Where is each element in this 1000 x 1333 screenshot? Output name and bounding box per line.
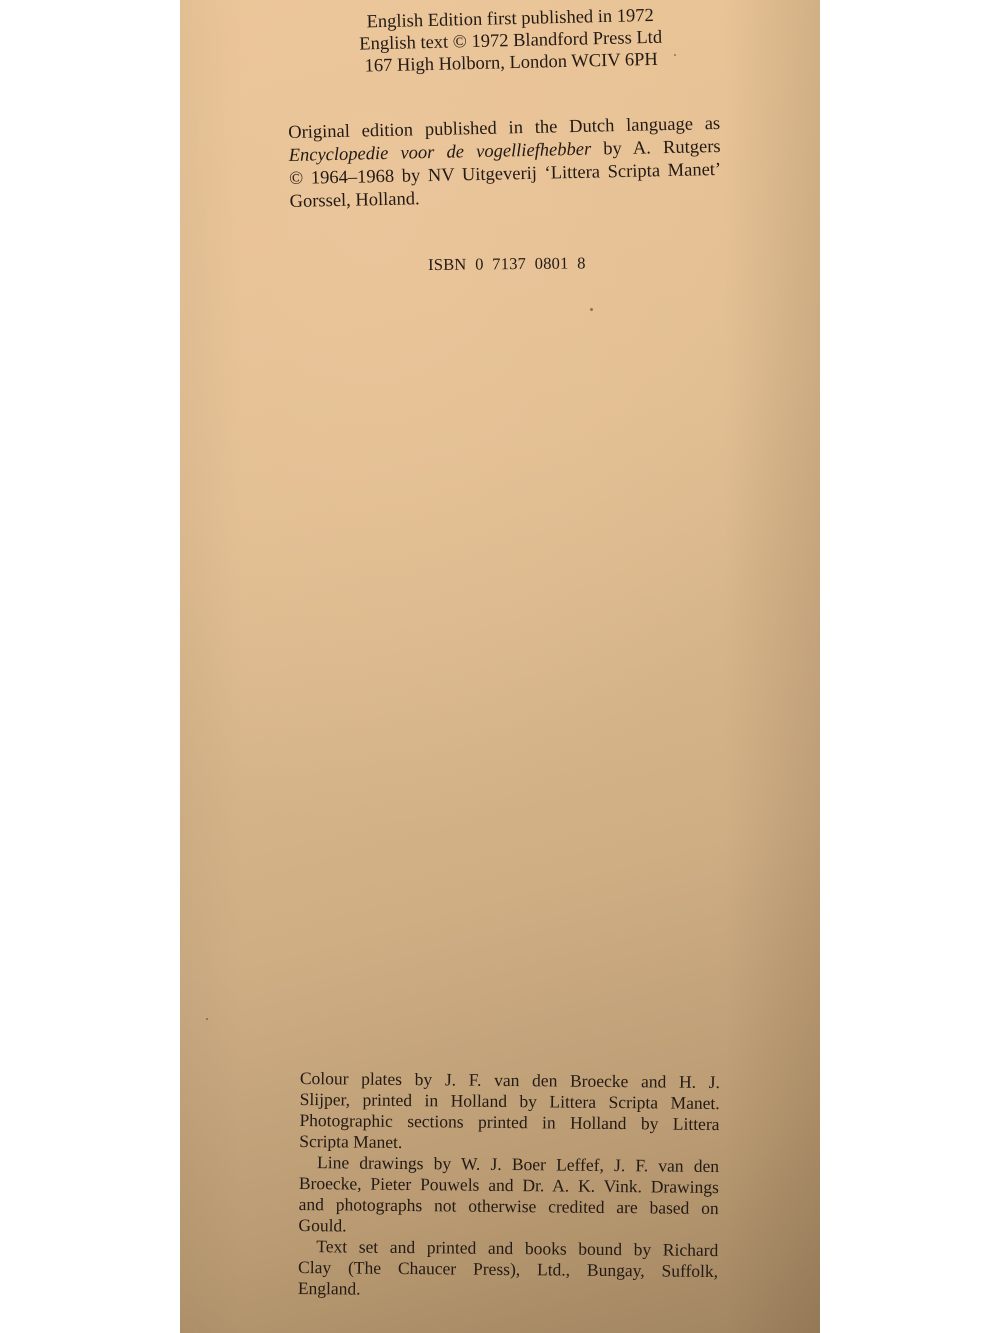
paper-speck — [590, 308, 593, 311]
isbn-number: ISBN 0 7137 0801 8 — [428, 253, 586, 275]
paper-speck — [206, 1018, 208, 1020]
original-edition-notice: Original edition published in the Dutch … — [288, 113, 722, 214]
original-author: by A. Rutgers — [591, 137, 721, 160]
credits-line: and photographs not otherwise credited a… — [299, 1194, 719, 1219]
credits-line: Clay (The Chaucer Press), Ltd., Bungay, … — [298, 1257, 718, 1282]
book-page: English Edition first published in 1972 … — [180, 0, 820, 1333]
paper-speck — [674, 54, 676, 56]
credits-block: Colour plates by J. F. van den Broecke a… — [298, 1068, 720, 1303]
credits-line: England. — [298, 1278, 718, 1303]
publisher-imprint: English Edition first published in 1972 … — [340, 4, 681, 78]
